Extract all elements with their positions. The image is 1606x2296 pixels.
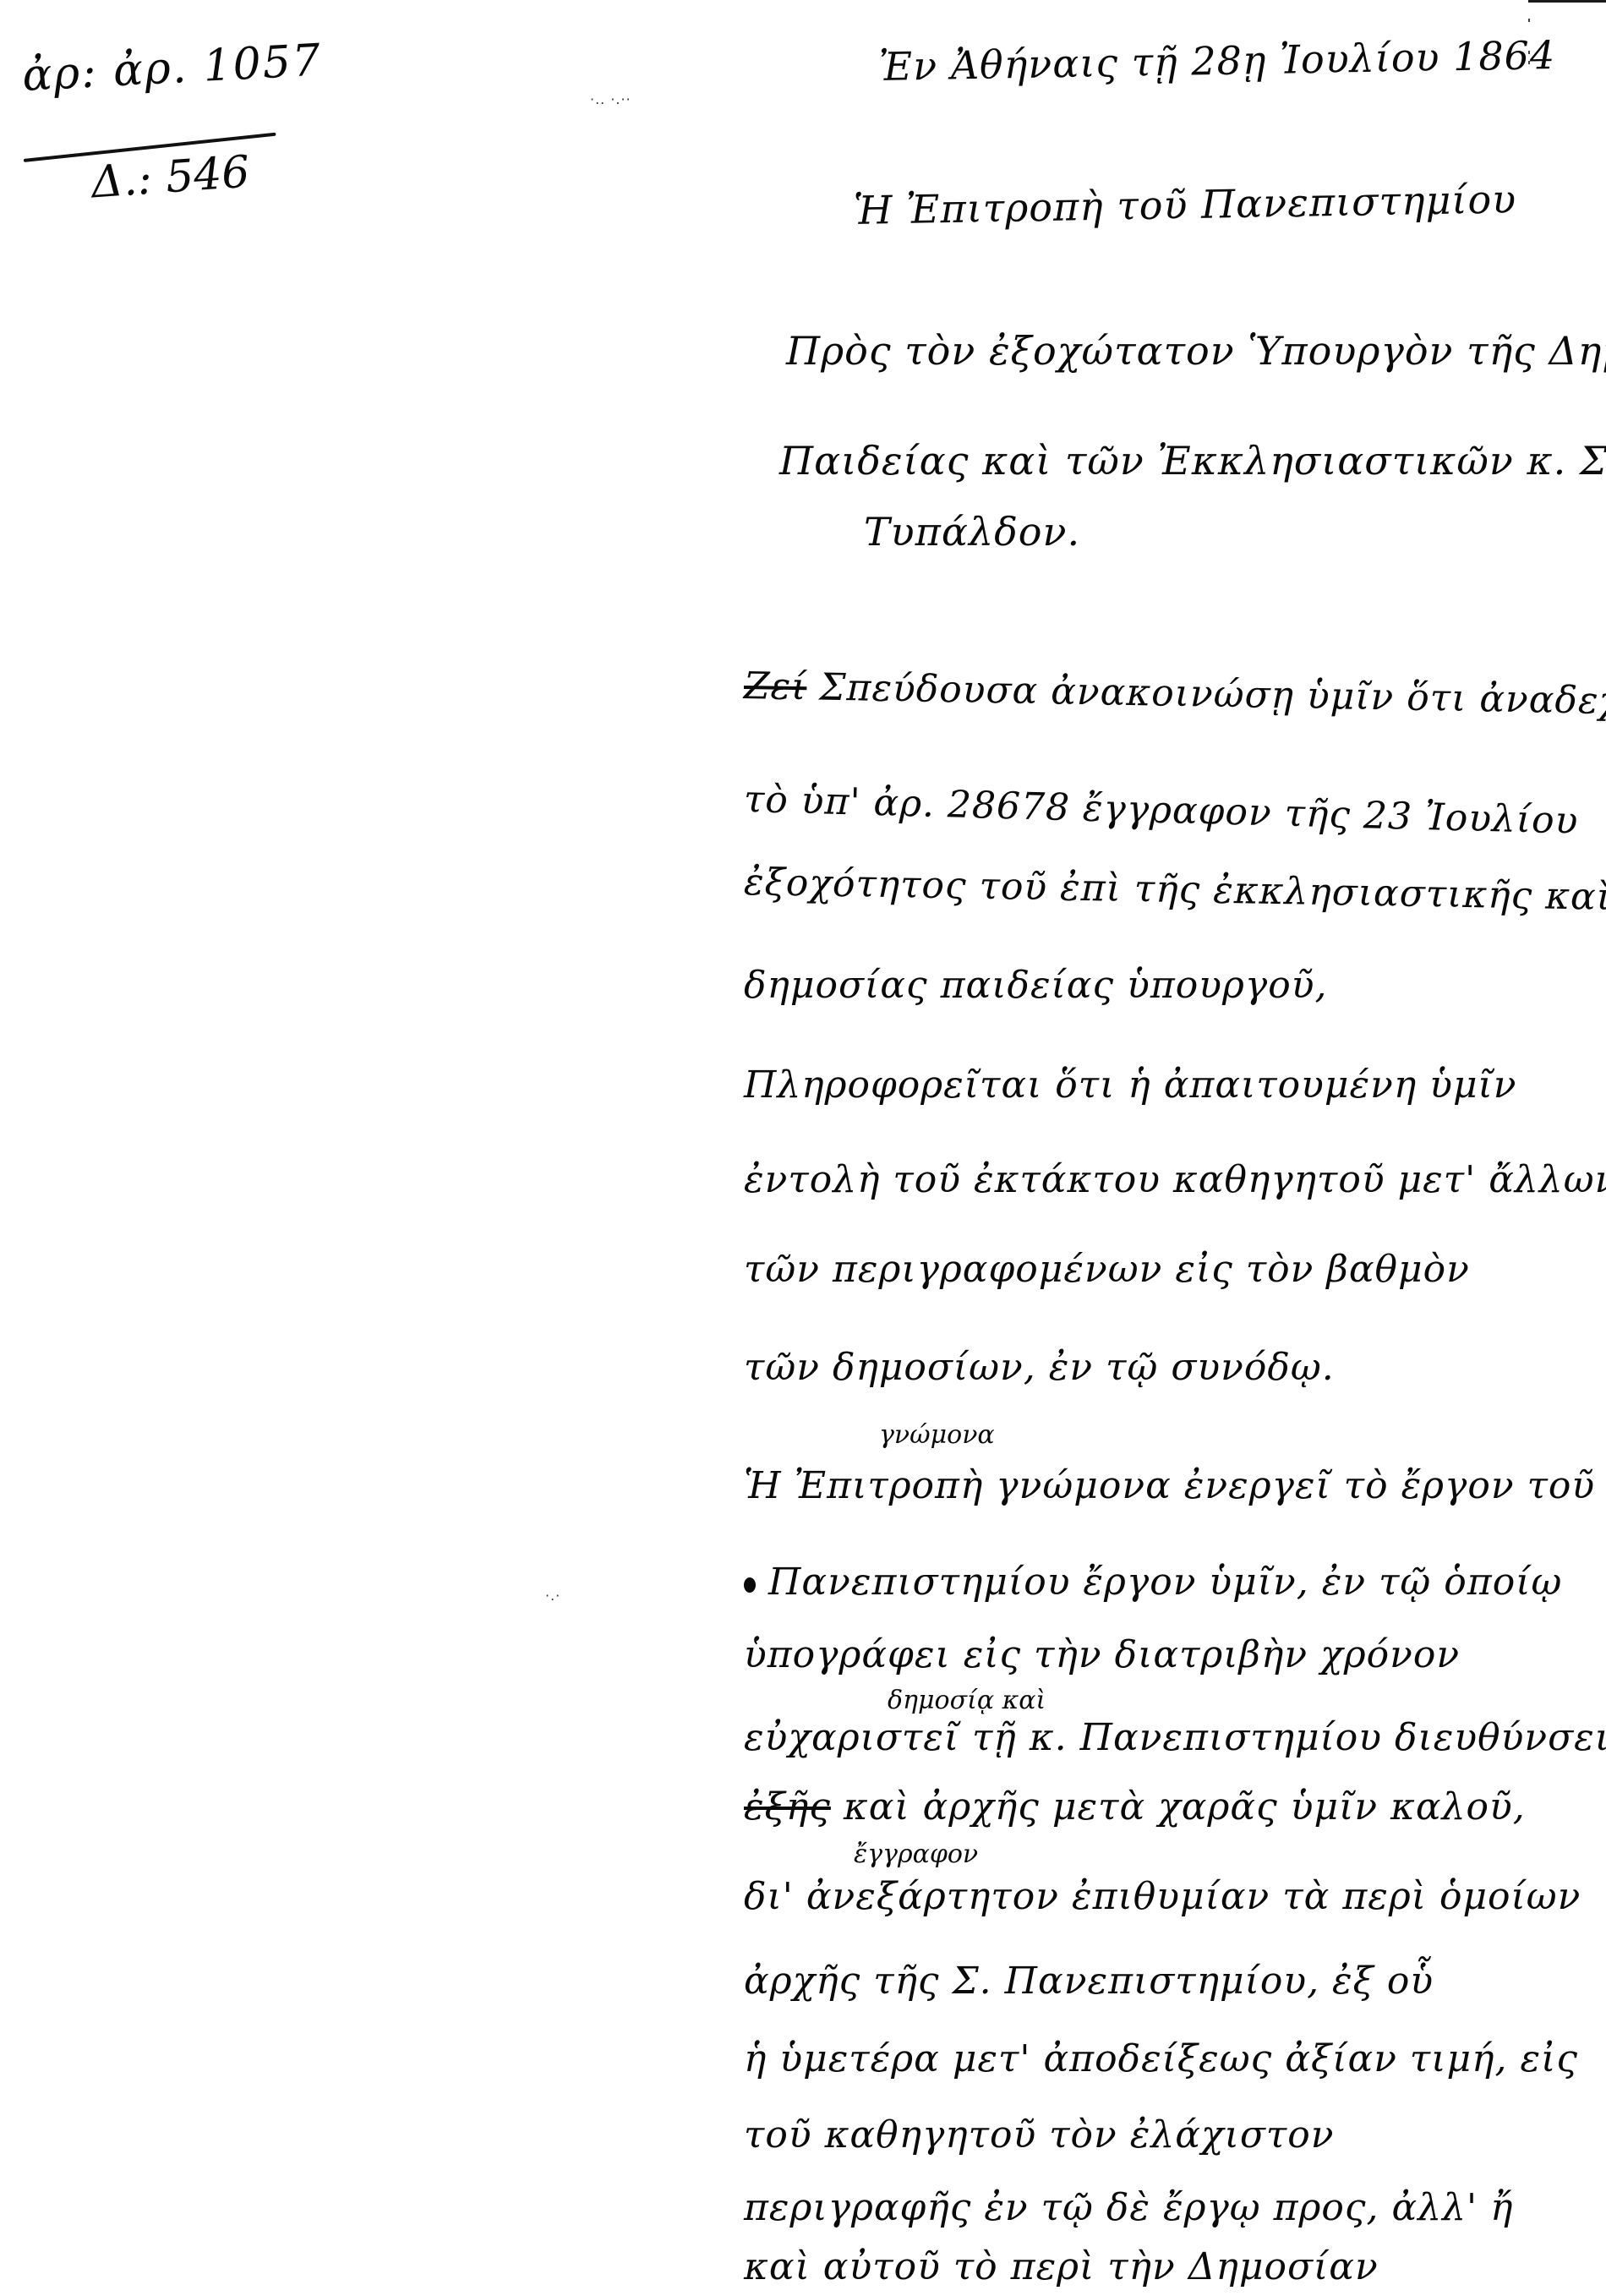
- addressee-line-3: Τυπάλδον.: [864, 509, 1080, 555]
- stray-ink-marks: ·.. ·.··: [590, 91, 631, 107]
- line-text: ὑπογράφει εἰς τὴν διατριβὴν χρόνον: [744, 1633, 1460, 1676]
- body-line-16: ἡ ὑμετέρα μετ' ἀποδείξεως ἀξίαν τιμή, εἰ…: [744, 2037, 1578, 2080]
- stray-ink-marks: ·.·: [545, 1588, 560, 1604]
- insertion-above-line: γνώμονα: [879, 1420, 995, 1450]
- sender-line: Ἡ Ἐπιτροπὴ τοῦ Πανεπιστημίου: [854, 176, 1517, 233]
- line-text: καὶ ἀρχῆς μετὰ χαρᾶς ὑμῖν καλοῦ,: [844, 1785, 1526, 1829]
- addressee-line-2: Παιδείας καὶ τῶν Ἐκκλησιαστικῶν κ. Σ.: [779, 438, 1606, 484]
- body-line-17: τοῦ καθηγητοῦ τὸν ἐλάχιστον: [744, 2113, 1335, 2157]
- body-line-7: τῶν περιγραφομένων εἰς τὸν βαθμὸν: [744, 1248, 1470, 1291]
- edge-tick: [1528, 19, 1530, 22]
- body-line-11: ὑπογράφει εἰς τὴν διατριβὴν χρόνον: [744, 1633, 1460, 1676]
- body-line-13: ἐξῆς καὶ ἀρχῆς μετὰ χαρᾶς ὑμῖν καλοῦ,: [744, 1785, 1526, 1829]
- line-text: τοῦ καθηγητοῦ τὸν ἐλάχιστον: [744, 2113, 1335, 2157]
- body-line-10: Πανεπιστημίου ἔργον ὑμῖν, ἐν τῷ ὁποίῳ: [744, 1561, 1562, 1604]
- ink-blot: [744, 1577, 756, 1593]
- body-line-12: εὐχαριστεῖ τῇ κ. Πανεπιστημίου διευθύνσε…: [744, 1716, 1606, 1759]
- place-date-line: Ἐν Ἀθήναις τῇ 28ῃ Ἰουλίου 1864: [879, 32, 1556, 90]
- body-line-8: τῶν δημοσίων, ἐν τῷ συνόδῳ.: [744, 1346, 1335, 1389]
- body-line-3: ἐξοχότητος τοῦ ἐπὶ τῆς ἐκκλησιαστικῆς κα…: [744, 861, 1606, 919]
- insertion-above-line: ἔγγραφον: [854, 1840, 978, 1869]
- body-line-2: τὸ ὑπ' ἀρ. 28678 ἔγγραφον τῆς 23 Ἰουλίου: [743, 778, 1579, 843]
- body-line-18: περιγραφῆς ἐν τῷ δὲ ἔργῳ προς, ἀλλ' ἤ: [744, 2186, 1513, 2229]
- body-line-6: ἐντολὴ τοῦ ἐκτάκτου καθηγητοῦ μετ' ἄλλων: [744, 1158, 1606, 1201]
- struck-text: Ζεί: [744, 664, 807, 708]
- reference-number-bottom: Δ.: 546: [90, 147, 251, 209]
- line-text: Πανεπιστημίου ἔργον ὑμῖν, ἐν τῷ ὁποίῳ: [768, 1561, 1562, 1604]
- body-line-4: δημοσίας παιδείας ὑπουργοῦ,: [744, 964, 1327, 1007]
- body-line-1: Ζεί Σπεύδουσα ἀνακοινώσῃ ὑμῖν ὅτι ἀναδεχ…: [744, 664, 1606, 725]
- line-text: εὐχαριστεῖ τῇ κ. Πανεπιστημίου διευθύνσε…: [744, 1716, 1606, 1759]
- struck-text: ἐξῆς: [744, 1785, 831, 1829]
- addressee-line-1: Πρὸς τὸν ἐξοχώτατον Ὑπουργὸν τῆς Δημοσία…: [786, 328, 1606, 374]
- body-line-15: ἀρχῆς τῆς Σ. Πανεπιστημίου, ἐξ οὗ: [744, 1960, 1434, 2003]
- line-text: Ἡ Ἐπιτροπὴ γνώμονα ἐνεργεῖ τὸ ἔργον τοῦ: [744, 1464, 1595, 1507]
- line-text: Σπεύδουσα ἀνακοινώσῃ ὑμῖν ὅτι ἀναδεχομέν…: [819, 666, 1606, 725]
- reference-number-top: ἀρ: ἀρ. 1057: [21, 36, 323, 101]
- body-line-5: Πληροφορεῖται ὅτι ἡ ἀπαιτουμένη ὑμῖν: [744, 1063, 1517, 1107]
- line-text: Πληροφορεῖται ὅτι ἡ ἀπαιτουμένη ὑμῖν: [744, 1063, 1517, 1107]
- body-line-14: δι' ἀνεξάρτητον ἐπιθυμίαν τὰ περὶ ὁμοίων: [744, 1875, 1581, 1918]
- line-text: δι' ἀνεξάρτητον ἐπιθυμίαν τὰ περὶ ὁμοίων: [744, 1875, 1581, 1918]
- body-line-19: καὶ αὐτοῦ τὸ περὶ τὴν Δημοσίαν: [744, 2245, 1379, 2288]
- page-edge-rule: [1528, 0, 1606, 3]
- insertion-above-line: δημοσίᾳ καὶ: [888, 1686, 1046, 1715]
- manuscript-page: ἀρ: ἀρ. 1057 Δ.: 546 ·.. ·.·· ·.· Ἐν Ἀθή…: [0, 0, 1606, 2296]
- body-line-9: Ἡ Ἐπιτροπὴ γνώμονα ἐνεργεῖ τὸ ἔργον τοῦ …: [744, 1464, 1606, 1507]
